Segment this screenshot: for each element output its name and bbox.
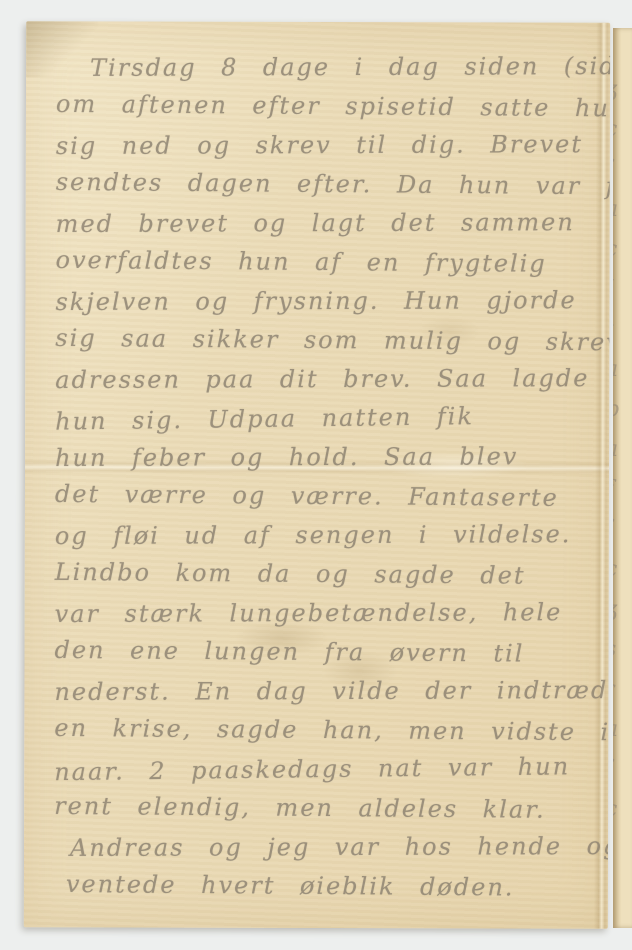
handwriting-line: var stærk lungebetændelse, hele <box>55 593 605 634</box>
handwriting-line: adressen paa dit brev. Saa lagde <box>55 359 605 400</box>
handwriting-stroke-fragment: c <box>613 550 632 590</box>
letter-page-right-edge: ʒcʃaç(tapafʃcʒsɾaʃcɟ <box>613 28 632 928</box>
handwriting-line: Lindbo kom da og sagde det <box>55 553 605 596</box>
handwriting-line: hun feber og hold. Saa blev <box>55 437 605 478</box>
handwriting-line: hun sig. Udpaa natten fik <box>55 395 605 441</box>
handwriting-stroke-fragment: ɟ <box>613 830 632 870</box>
handwriting-stroke-fragment: p <box>613 390 632 430</box>
handwriting-line: en krise, sagde han, men vidste ikke <box>54 709 604 752</box>
handwriting-line: Tirsdag 8 dage i dag siden (sidste Marts… <box>56 47 606 88</box>
facing-page-handwriting-fragments: ʒcʃaç(tapafʃcʒsɾaʃcɟ <box>613 28 632 870</box>
handwriting-line: Andreas og jeg var hos hende og <box>54 827 604 868</box>
handwriting-stroke-fragment: ʃ <box>613 750 632 790</box>
handwriting-stroke-fragment: c <box>613 110 632 150</box>
handwriting-stroke-fragment: a <box>613 350 632 390</box>
handwriting-line: om aftenen efter spisetid satte hun <box>56 85 606 128</box>
handwriting-line: skjelven og frysning. Hun gjorde <box>55 281 605 322</box>
letter-scan: Tirsdag 8 dage i dag siden (sidste Marts… <box>0 0 632 950</box>
handwriting-line: sendtes dagen efter. Da hun var færdig <box>56 163 606 206</box>
handwriting-line: sig ned og skrev til dig. Brevet <box>56 125 606 166</box>
handwriting-stroke-fragment: c <box>613 790 632 830</box>
handwriting-line: og fløi ud af sengen i vildelse. <box>55 515 605 556</box>
handwriting-stroke-fragment: ( <box>613 270 632 310</box>
handwriting-line: det værre og værre. Fantaserte <box>55 475 605 518</box>
handwriting-stroke-fragment: ʃ <box>613 510 632 550</box>
handwriting-stroke-fragment: ç <box>613 230 632 270</box>
handwriting-stroke-fragment: ʒ <box>613 70 632 110</box>
handwriting-line: rent elendig, men aldeles klar. <box>54 787 604 830</box>
handwriting-stroke-fragment: a <box>613 190 632 230</box>
handwriting-line: ventede hvert øieblik døden. <box>54 865 604 908</box>
handwriting-stroke-fragment: a <box>613 710 632 750</box>
handwriting-line: naar. 2 paaskedags nat var hun <box>54 747 604 792</box>
handwriting-stroke-fragment: ʒ <box>613 590 632 630</box>
handwriting-line: den ene lungen fra øvern til <box>54 631 604 674</box>
handwriting-stroke-fragment: f <box>613 470 632 510</box>
handwriting-stroke-fragment: ɾ <box>613 670 632 710</box>
handwriting-line: nederst. En dag vilde der indtræde <box>54 671 604 712</box>
handwriting-line: overfaldtes hun af en frygtelig <box>55 241 605 284</box>
handwriting-stroke-fragment: s <box>613 630 632 670</box>
handwriting-stroke-fragment: a <box>613 430 632 470</box>
handwriting-line: med brevet og lagt det sammen <box>56 203 606 244</box>
handwriting-line: sig saa sikker som mulig og skrev <box>55 319 605 362</box>
letter-page-left: Tirsdag 8 dage i dag siden (sidste Marts… <box>24 21 610 929</box>
handwritten-text: Tirsdag 8 dage i dag siden (sidste Marts… <box>24 21 610 929</box>
handwriting-stroke-fragment: t <box>613 310 632 350</box>
handwriting-stroke-fragment: ʃ <box>613 150 632 190</box>
